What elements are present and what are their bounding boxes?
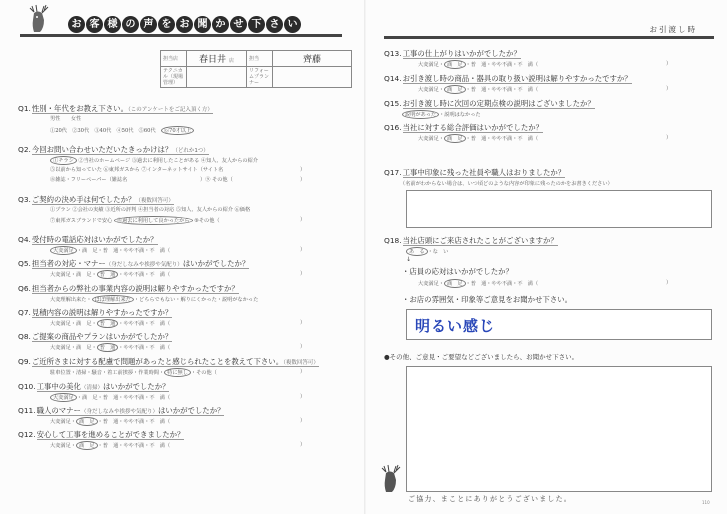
question-number: Q1.: [18, 104, 31, 113]
title-char: い: [284, 16, 301, 33]
close-paren: ）: [300, 216, 305, 223]
question-14: Q14.お引き渡し時の商品・器具の取り扱い説明は解りやすかったですか？: [384, 73, 632, 84]
question-10: Q10.工事中の美化（清掃）はいかがでしたか？: [18, 381, 169, 392]
title-char: お: [176, 16, 193, 33]
question-number: Q3.: [18, 195, 31, 204]
survey-title: お客様の声をお聞かせ下さい: [68, 16, 301, 33]
other-comments-box[interactable]: [406, 366, 712, 492]
answer-options: 大変満足・満 足・普 通・やや不満・不 満（: [50, 246, 170, 255]
selected-answer[interactable]: 満 足: [444, 279, 466, 288]
selected-answer[interactable]: 満 足: [444, 60, 466, 69]
answer-options: 大変満足・満 足・普 通・やや不満・不 満（: [418, 134, 538, 143]
staff-value: 齊藤: [273, 51, 352, 67]
selected-answer[interactable]: 大変満足: [50, 393, 77, 402]
question-text: 担当者の対応・マナー（身だしなみや挨拶や気配り）はいかがでしたか？: [32, 259, 249, 269]
thanks-message: ご協力、まことにありがとうございました。: [408, 494, 572, 504]
close-paren: ）: [300, 176, 305, 183]
close-paren: ）: [666, 279, 671, 286]
question-15: Q15.お引き渡し時に次回の定期点検の説明はございましたか？: [384, 98, 595, 109]
answer-options: ⑤以前から知っていた ⑥東邦ガスから ⑦インターネットサイト（サイト名: [50, 166, 223, 173]
selected-answer[interactable]: 満 足: [444, 85, 466, 94]
title-char: 下: [248, 16, 265, 33]
survey-page-right: お引渡し時 Q13.工事の仕上がりはいかがでしたか？大変満足・満 足・普 通・や…: [366, 0, 727, 514]
question-3: Q3.ご契約の決め手は何でしたか？（複数回答可）: [18, 194, 174, 205]
selected-answer[interactable]: 大変満足: [50, 246, 77, 255]
answer-options: ①チラシ ②当社のホームページ ③過去に利用したことがある ④知人、友人からの紹…: [50, 156, 258, 165]
planner-value: [273, 67, 352, 88]
question-number: Q9.: [18, 357, 31, 366]
question-text: お引き渡し時に次回の定期点検の説明はございましたか？: [403, 99, 595, 109]
question-note: （身だしなみや挨拶や気配り）: [106, 262, 183, 268]
question-text: 今回お問い合わせいただいたきっかけは？（どれか1つ）: [32, 145, 209, 155]
answer-options: 大変満足・満 足・普 通・やや不満・不 満（: [50, 417, 170, 426]
question-number: Q8.: [18, 332, 31, 341]
close-paren: ）: [300, 343, 305, 350]
close-paren: ）: [300, 393, 305, 400]
question-note: （複数回答可）: [135, 198, 174, 204]
question-text: 職人のマナー（身だしなみや挨拶や気配り）はいかがでしたか？: [37, 406, 225, 416]
close-paren: ）: [300, 246, 305, 253]
answer-options: ①20代 ②30代 ③40代 ④50代 ⑤60代 ⑥70才以上: [50, 126, 194, 135]
question-number: Q4.: [18, 235, 31, 244]
header-rule: [20, 34, 342, 37]
question-text: 性別・年代をお教え下さい。（このアンケートをご記入頂く方）: [32, 104, 213, 114]
close-paren: ）: [666, 60, 671, 67]
close-paren: ）: [666, 134, 671, 141]
title-char: を: [158, 16, 175, 33]
selected-answer[interactable]: ⑧過去に利用して良かったから: [114, 216, 193, 225]
other-comments-label: ●その他、ご意見・ご要望などございましたら、お聞かせ下さい。: [384, 352, 578, 361]
question-text: 工事中印象に残った社員や職人はおりましたか？: [403, 168, 566, 178]
title-char: 客: [86, 16, 103, 33]
branch-label: 担当店: [161, 51, 187, 67]
question-number: Q7.: [18, 308, 31, 317]
answer-options: 駐車位置・清掃・騒音・着工前挨拶・作業時間・特に無し・その他（: [50, 368, 217, 377]
question-note: （身だしなみや挨拶や気配り）: [81, 409, 158, 415]
answer-options: 大変満足・満 足・普 通・やや不満・不 満（: [50, 270, 170, 279]
question-1: Q1.性別・年代をお教え下さい。（このアンケートをご記入頂く方）: [18, 103, 213, 114]
planner-label: リフォームプランナー: [247, 67, 273, 88]
deer-logo-small-icon: [378, 464, 404, 494]
question-6: Q6.担当者からの弊社の事業内容の説明は解りやすかったですか？: [18, 283, 239, 294]
question-8: Q8.ご提案の商品やプランはいかがでしたか？: [18, 331, 172, 342]
q18-handwritten-answer: 明るい感じ: [415, 315, 495, 336]
question-16: Q16.当社に対する総合評価はいかがでしたか？: [384, 122, 543, 133]
selected-answer[interactable]: 満 足: [76, 417, 98, 426]
selected-answer[interactable]: 説明があった: [402, 110, 439, 119]
title-char: お: [68, 16, 85, 33]
answer-options: 大変満足・満 足・普 通・やや不満・不 満（: [418, 60, 538, 69]
technical-value: [187, 67, 247, 88]
question-17: Q17.工事中印象に残った社員や職人はおりましたか？: [384, 167, 565, 178]
question-note: （複数回答可）: [283, 360, 319, 366]
close-paren: ）: [300, 270, 305, 277]
answer-options: ）⑨ その他（: [200, 176, 233, 183]
question-note: （どれか1つ）: [172, 148, 209, 154]
question-number: Q15.: [384, 99, 402, 108]
selected-answer[interactable]: あ る: [406, 247, 428, 256]
question-text: 当社に対する総合評価はいかがでしたか？: [403, 123, 543, 133]
question-number: Q14.: [384, 74, 402, 83]
question-text: 工事の仕上がりはいかがでしたか？: [403, 49, 521, 59]
section-title: お引渡し時: [650, 24, 698, 35]
title-char: 声: [140, 16, 157, 33]
question-number: Q10.: [18, 382, 36, 391]
question-text: 工事中の美化（清掃）はいかがでしたか？: [37, 382, 170, 392]
title-char: さ: [266, 16, 283, 33]
question-12: Q12.安心して工事を進めることができましたか？: [18, 429, 184, 440]
question-4: Q4.受付時の電話応対はいかがでしたか？: [18, 234, 158, 245]
answer-options: 大変理解出来た・ほぼ理解出来た・どちらでもない・解りにくかった・説明がなかった: [50, 295, 258, 304]
question-11: Q11.職人のマナー（身だしなみや挨拶や気配り）はいかがでしたか？: [18, 405, 224, 416]
answer-options: 大変満足・満 足・普 通・やや不満・不 満（: [50, 343, 170, 352]
answer-options: 大変満足・満 足・普 通・やや不満・不 満（: [418, 85, 538, 94]
question-18: Q18.当社店頭にご来店されたことがございますか？: [384, 235, 558, 246]
question-2: Q2.今回お問い合わせいただいたきっかけは？（どれか1つ）: [18, 144, 209, 155]
question-number: Q18.: [384, 236, 402, 245]
question-note: （清掃）: [81, 385, 103, 391]
answer-options: 大変満足・満 足・普 通・やや不満・不 満（: [50, 441, 170, 450]
q18-shop-impression-box[interactable]: 明るい感じ: [406, 309, 712, 340]
answer-options: ⑦東邦ガスブランドで安心 ⑧過去に利用して良かったから ⑨その他（: [50, 216, 220, 225]
question-number: Q5.: [18, 259, 31, 268]
answer-options: 大変満足・満 足・普 通・やや不満・不 満（: [50, 319, 170, 328]
question-text: ご提案の商品やプランはいかがでしたか？: [32, 332, 172, 342]
question-text: 安心して工事を進めることができましたか？: [37, 430, 185, 440]
q18-sub-shop-impression: ・お店の雰囲気・印象等ご意見をお聞かせ下さい。: [402, 294, 572, 305]
question-13: Q13.工事の仕上がりはいかがでしたか？: [384, 48, 521, 59]
survey-page-left: お客様の声をお聞かせ下さい 担当店 春日井 店 担当 齊藤 テクニカル（現場管理…: [0, 0, 366, 514]
question-7: Q7.見積内容の説明は解りやすかったですか？: [18, 307, 172, 318]
answer-options: 大変満足・満 足・普 通・やや不満・不 満（: [418, 279, 538, 288]
question-text: お引き渡し時の商品・器具の取り扱い説明は解りやすかったですか？: [403, 74, 632, 84]
title-char: の: [122, 16, 139, 33]
technical-label: テクニカル（現場管理）: [161, 67, 187, 88]
question-number: Q12.: [18, 430, 36, 439]
question-text: ご近所さまに対する配慮で問題があったと感じられたことを教えて下さい。（複数回答可…: [32, 357, 319, 367]
question-text: 見積内容の説明は解りやすかったですか？: [32, 308, 172, 318]
deer-logo-icon: [26, 4, 52, 34]
selected-answer[interactable]: 普 通: [97, 270, 119, 279]
selected-answer[interactable]: 満 足: [76, 441, 98, 450]
selected-answer[interactable]: 普 通: [97, 319, 119, 328]
answer-options: 大変満足・満 足・普 通・やや不満・不 満（: [50, 393, 170, 402]
close-paren: ）: [300, 441, 305, 448]
close-paren: ）: [300, 319, 305, 326]
answer-options: ⑧雑誌・フリーペーパー（雑誌名: [50, 176, 127, 183]
question-text: ご契約の決め手は何でしたか？（複数回答可）: [32, 195, 174, 205]
q17-note: （名前がわからない場合は、いつ頃どのような内容が印象に残ったのかをお書きください…: [400, 180, 613, 187]
title-char: せ: [230, 16, 247, 33]
question-text: 当社店頭にご来店されたことがございますか？: [403, 236, 558, 246]
title-char: か: [212, 16, 229, 33]
selected-answer[interactable]: ①チラシ: [50, 156, 77, 165]
selected-answer[interactable]: 普 通: [97, 343, 119, 352]
question-number: Q6.: [18, 284, 31, 293]
staff-info-table: 担当店 春日井 店 担当 齊藤 テクニカル（現場管理） リフォームプランナー: [160, 50, 352, 88]
close-paren: ）: [300, 417, 305, 424]
selected-answer[interactable]: 特に無し: [164, 368, 191, 377]
question-number: Q17.: [384, 168, 402, 177]
question-9: Q9.ご近所さまに対する配慮で問題があったと感じられたことを教えて下さい。（複数…: [18, 356, 319, 367]
answer-options: 男性 女性: [50, 115, 81, 122]
staff-label: 担当: [247, 51, 273, 67]
section-rule: [384, 36, 714, 39]
close-paren: ）: [666, 85, 671, 92]
answer-options: あ る・な い: [406, 247, 448, 256]
close-paren: ）: [300, 166, 305, 173]
title-char: 様: [104, 16, 121, 33]
page-number: 110: [702, 500, 710, 505]
answer-options: 説明があった・説明はなかった: [402, 110, 481, 119]
question-number: Q13.: [384, 49, 402, 58]
branch-value: 春日井 店: [187, 51, 247, 67]
title-char: 聞: [194, 16, 211, 33]
selected-answer[interactable]: 満 足: [444, 134, 466, 143]
question-text: 受付時の電話応対はいかがでしたか？: [32, 235, 158, 245]
selected-answer[interactable]: ⑥70才以上: [161, 126, 194, 135]
question-number: Q11.: [18, 406, 36, 415]
question-5: Q5.担当者の対応・マナー（身だしなみや挨拶や気配り）はいかがでしたか？: [18, 258, 249, 269]
question-text: 担当者からの弊社の事業内容の説明は解りやすかったですか？: [32, 284, 239, 294]
close-paren: ）: [300, 368, 305, 375]
arrow-down-icon: ↓: [406, 256, 411, 263]
selected-answer[interactable]: ほぼ理解出来た: [92, 295, 134, 304]
question-number: Q16.: [384, 123, 402, 132]
q17-answer-box[interactable]: [406, 190, 712, 228]
answer-options: ①プラン ②会社の実績 ③近所の評判 ④担当者の対応 ⑤知人、友人からの紹介 ⑥…: [50, 206, 250, 213]
question-number: Q2.: [18, 145, 31, 154]
q18-sub-staff-response: ・店員の応対はいかがでしたか？: [402, 266, 513, 277]
question-note: （このアンケートをご記入頂く方）: [128, 107, 213, 113]
